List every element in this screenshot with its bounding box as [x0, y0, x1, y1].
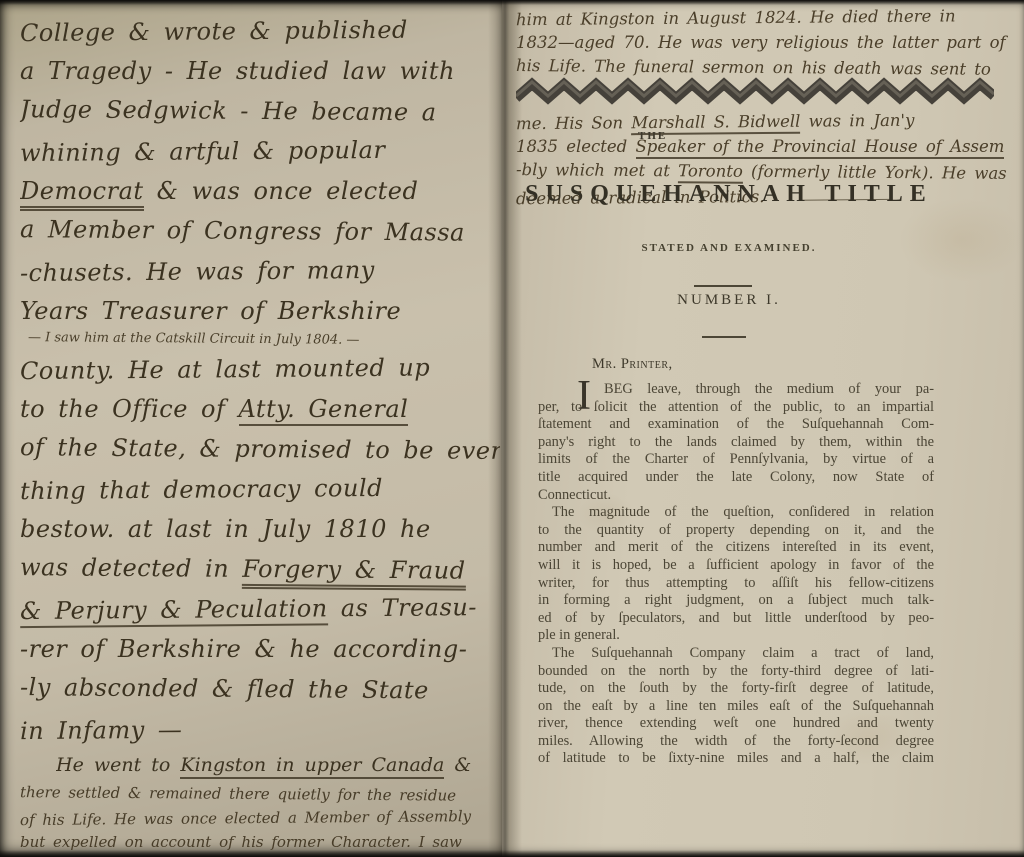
- printed-line: number and merit of the citizens intereſ…: [538, 539, 934, 557]
- handwritten-line: Democrat & was once elected: [20, 172, 500, 212]
- book-scan: College & wrote & publisheda Tragedy - H…: [0, 0, 1024, 857]
- left-page-handwriting: College & wrote & publisheda Tragedy - H…: [20, 12, 500, 855]
- handwritten-line: Judge Sedgwick - He became a: [20, 90, 500, 134]
- printed-line: writer, for thus attempting to aſſiſt hi…: [538, 575, 934, 593]
- body-text: IBEG leave, through the medium of your p…: [538, 381, 934, 768]
- handwritten-line: -rer of Berkshire & he according-: [20, 630, 500, 670]
- printed-line: will it is hoped, be a ſufficient apolog…: [538, 557, 934, 575]
- printed-line: title acquired under the late Colony, no…: [538, 469, 934, 487]
- printed-line: bounded on the north by the forty-third …: [538, 663, 934, 681]
- printed-line: ple in general.: [538, 627, 934, 645]
- handwritten-line: He went to Kingston in upper Canada &: [56, 750, 500, 783]
- printed-line: The magnitude of the queſtion, conſidere…: [538, 504, 934, 522]
- printed-line: ed of by ſpeculators, and but little und…: [538, 610, 934, 628]
- handwritten-line: of his Life. He was once elected a Membe…: [20, 805, 500, 833]
- handwritten-line: him at Kingston in August 1824. He died …: [516, 4, 1020, 33]
- handwritten-line: a Tragedy - He studied law with: [20, 52, 500, 92]
- printed-line: limits of the Charter of Pennſylvania, b…: [538, 451, 934, 469]
- right-page-handwriting: him at Kingston in August 1824. He died …: [516, 6, 1020, 210]
- salutation: Mr. Printer,: [592, 356, 673, 373]
- handwritten-line: -ly absconded & fled the State: [20, 668, 500, 712]
- printed-line: to the quantity of property depending on…: [538, 522, 934, 540]
- printed-line: per, to ſolicit the attention of the pub…: [538, 399, 934, 417]
- handwritten-line: bestow. at last in July 1810 he: [20, 510, 500, 550]
- page-title: SUSQUEHANNAH TITLE: [522, 181, 936, 208]
- printed-line: on the eaſt by a line ten miles eaſt of …: [538, 698, 934, 716]
- printed-line: river, thence extending weſt one hundred…: [538, 715, 934, 733]
- printed-line: of latitude to be ſixty-nine miles and a…: [538, 750, 934, 768]
- handwritten-line: was detected in Forgery & Fraud: [20, 548, 500, 592]
- section-number: NUMBER I.: [522, 292, 936, 309]
- handwritten-line: of the State, & promised to be every: [20, 428, 500, 472]
- printed-line: in forming a right judgment, on a ſubjec…: [538, 592, 934, 610]
- handwritten-line: 1832—aged 70. He was very religious the …: [516, 31, 1020, 56]
- left-page: College & wrote & publisheda Tragedy - H…: [0, 0, 502, 857]
- handwritten-line: County. He at last mounted up: [20, 348, 500, 392]
- printed-line: pany's right to the lands claimed by the…: [538, 434, 934, 452]
- printed-line: BEG leave, through the medium of your pa…: [538, 381, 934, 399]
- handwritten-line: his Life. The funeral sermon on his deat…: [516, 54, 1020, 83]
- handwritten-line: me. His Son Marshall S. Bidwell was in J…: [516, 108, 1020, 137]
- handwritten-line: to the Office of Atty. General: [20, 390, 500, 430]
- handwritten-line: a Member of Congress for Massa: [20, 210, 500, 254]
- handwritten-line: & Perjury & Peculation as Treasu-: [20, 588, 500, 632]
- handwritten-line: College & wrote & published: [20, 10, 500, 54]
- right-page: him at Kingston in August 1824. He died …: [502, 0, 1024, 857]
- printed-line: tude, on the ſouth by the forty-firſt de…: [538, 680, 934, 698]
- printed-subtitle: STATED AND EXAMINED.: [522, 242, 936, 254]
- printed-paragraph: IBEG leave, through the medium of your p…: [538, 381, 934, 504]
- printed-line: miles. Allowing the width of the forty-ſ…: [538, 733, 934, 751]
- handwritten-line: Years Treasurer of Berkshire: [20, 292, 500, 332]
- handwritten-line: thing that democracy could: [20, 468, 500, 512]
- printed-paragraph: The Suſquehannah Company claim a tract o…: [538, 645, 934, 768]
- scan-edge-top: [0, 0, 1024, 5]
- divider-rule: [702, 336, 746, 338]
- handwritten-line: in Infamy —: [20, 708, 500, 752]
- printed-paragraph: The magnitude of the queſtion, conſidere…: [538, 504, 934, 645]
- scan-edge-bottom: [0, 850, 1024, 857]
- handwritten-line: 1835 elected Speaker of the Provincial H…: [516, 135, 1020, 160]
- handwritten-line: whining & artful & popular: [20, 130, 500, 174]
- printed-line: The Suſquehannah Company claim a tract o…: [538, 645, 934, 663]
- drop-cap: I: [577, 376, 591, 416]
- printed-line: ſtatement and examination of the Suſqueh…: [538, 416, 934, 434]
- divider-rule: [694, 285, 752, 287]
- printed-line: Connecticut.: [538, 487, 934, 505]
- printed-the: THE: [638, 130, 667, 142]
- handwritten-line: -chusets. He was for many: [20, 250, 500, 294]
